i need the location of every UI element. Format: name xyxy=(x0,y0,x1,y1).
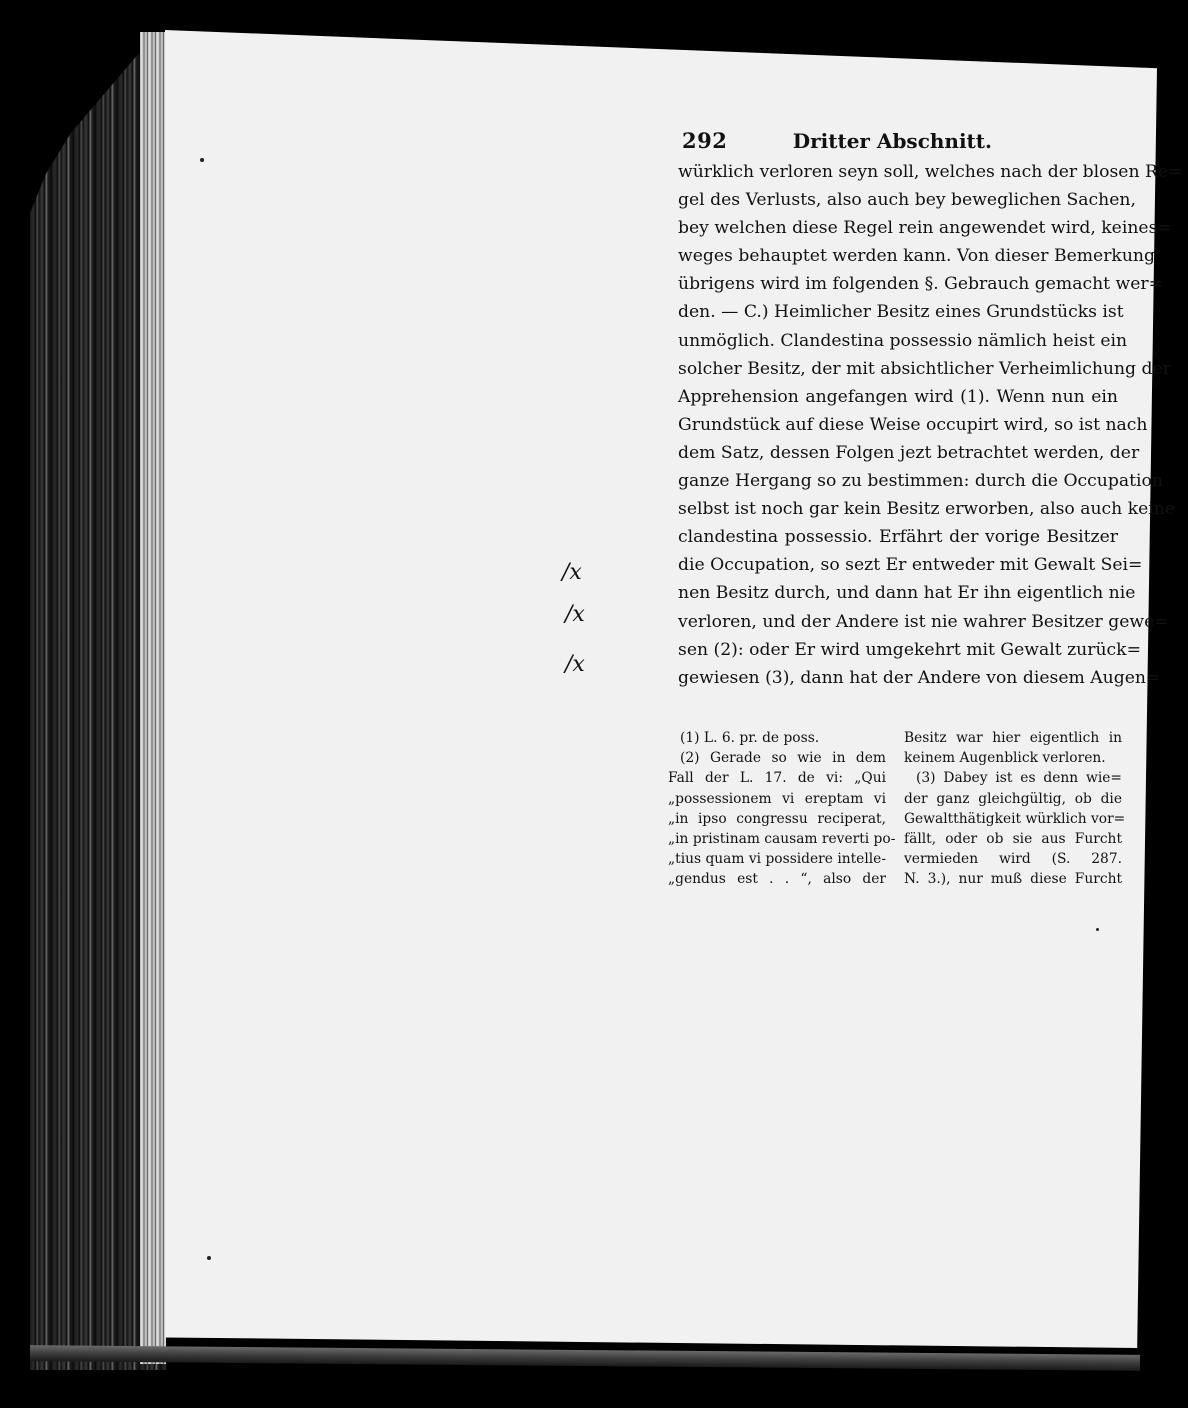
text-line: bey welchen diese Regel rein angewendet … xyxy=(678,214,1118,242)
footnotes: (1) L. 6. pr. de poss. (2) Gerade so wie… xyxy=(668,728,1122,890)
text-line: würklich verloren seyn soll, welches nac… xyxy=(678,158,1118,186)
margin-mark: /x xyxy=(562,560,592,602)
margin-mark: /x xyxy=(565,602,592,644)
text-line: nen Besitz durch, und dann hat Er ihn ei… xyxy=(678,579,1118,607)
footnote-line: „gendus est . . “, also der xyxy=(668,869,886,889)
footnote-line: keinem Augenblick verloren. xyxy=(904,748,1122,768)
text-line: übrigens wird im folgenden §. Gebrauch g… xyxy=(678,270,1118,298)
footnote-line: (1) L. 6. pr. de poss. xyxy=(668,728,886,748)
footnote-line: „possessionem vi ereptam vi xyxy=(668,789,886,809)
bottom-page-edges xyxy=(30,1345,1140,1371)
footnote-line: „in pristinam causam reverti po- xyxy=(668,829,886,849)
text-line: clandestina possessio. Erfährt der vorig… xyxy=(678,523,1118,551)
book-scan: 292 Dritter Abschnitt. würklich verloren… xyxy=(0,0,1188,1408)
text-line: den. — C.) Heimlicher Besitz eines Grund… xyxy=(678,298,1118,326)
text-line: dem Satz, dessen Folgen jezt betrachtet … xyxy=(678,439,1118,467)
text-line: weges behauptet werden kann. Von dieser … xyxy=(678,242,1118,270)
text-line: gewiesen (3), dann hat der Andere von di… xyxy=(678,664,1118,692)
footnote-line: „in ipso congressu reciperat, xyxy=(668,809,886,829)
handwritten-margin-marks: /x /x /x xyxy=(562,560,592,694)
footnotes-left-column: (1) L. 6. pr. de poss. (2) Gerade so wie… xyxy=(668,728,886,890)
footnotes-right-column: Besitz war hier eigentlich in keinem Aug… xyxy=(904,728,1122,890)
footnote-line: fällt, oder ob sie aus Furcht xyxy=(904,829,1122,849)
ink-speck xyxy=(207,1256,211,1260)
page-header: 292 Dritter Abschnitt. xyxy=(682,128,992,158)
page-number: 292 xyxy=(682,128,727,153)
text-line: selbst ist noch gar kein Besitz erworben… xyxy=(678,495,1118,523)
footnote-line: Gewaltthätigkeit würklich vor= xyxy=(904,809,1122,829)
ink-speck xyxy=(200,158,204,162)
text-line: Apprehension angefangen wird (1). Wenn n… xyxy=(678,383,1118,411)
footnote-line: N. 3.), nur muß diese Furcht xyxy=(904,869,1122,889)
footnote-line: (3) Dabey ist es denn wie= xyxy=(904,768,1122,788)
ink-speck xyxy=(1096,928,1099,931)
footnote-line: Besitz war hier eigentlich in xyxy=(904,728,1122,748)
footnote-line: vermieden wird (S. 287. xyxy=(904,849,1122,869)
text-line: ganze Hergang so zu bestimmen: durch die… xyxy=(678,467,1118,495)
text-line: gel des Verlusts, also auch bey beweglic… xyxy=(678,186,1118,214)
running-head: Dritter Abschnitt. xyxy=(793,129,992,153)
text-line: verloren, und der Andere ist nie wahrer … xyxy=(678,608,1118,636)
page-edge-highlights xyxy=(140,32,166,1364)
margin-mark: /x xyxy=(565,652,592,694)
main-text: würklich verloren seyn soll, welches nac… xyxy=(678,158,1118,692)
text-line: unmöglich. Clandestina possessio nämlich… xyxy=(678,327,1118,355)
footnote-line: „tius quam vi possidere intelle- xyxy=(668,849,886,869)
text-line: sen (2): oder Er wird umgekehrt mit Gewa… xyxy=(678,636,1118,664)
text-line: solcher Besitz, der mit absichtlicher Ve… xyxy=(678,355,1118,383)
footnote-line: der ganz gleichgültig, ob die xyxy=(904,789,1122,809)
text-line: die Occupation, so sezt Er entweder mit … xyxy=(678,551,1118,579)
text-line: Grundstück auf diese Weise occupirt wird… xyxy=(678,411,1118,439)
footnote-line: (2) Gerade so wie in dem xyxy=(668,748,886,768)
footnote-line: Fall der L. 17. de vi: „Qui xyxy=(668,768,886,788)
